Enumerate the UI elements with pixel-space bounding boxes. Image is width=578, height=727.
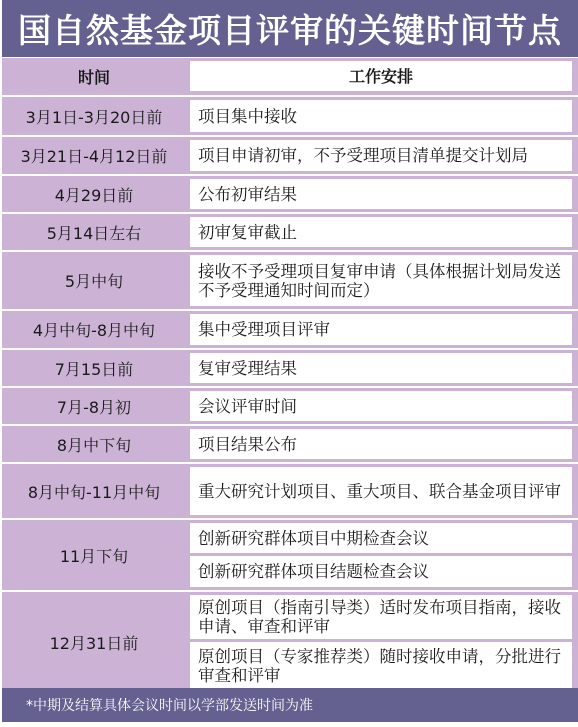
row-time: 8月中下旬 — [2, 426, 186, 462]
row-task: 项目结果公布 — [190, 429, 572, 459]
table-row: 5月中旬 接收不予受理项目复审申请（具体根据计划局发送不予受理通知时间而定） — [2, 250, 578, 309]
row-task: 会议评审时间 — [190, 391, 572, 421]
table-row: 8月中下旬 项目结果公布 — [2, 424, 578, 462]
row-task: 初审复审截止 — [190, 217, 572, 247]
table-row: 3月1日-3月20日前 项目集中接收 — [2, 95, 578, 135]
row-task: 原创项目（指南引导类）适时发布项目指南，接收申请、审查和评审 — [190, 595, 572, 639]
row-time: 12月31日前 — [2, 592, 186, 692]
row-task: 项目申请初审，不予受理项目清单提交计划局 — [190, 140, 572, 171]
row-task: 公布初审结果 — [190, 179, 572, 209]
table-row: 11月下旬 创新研究群体项目中期检查会议 创新研究群体项目结题检查会议 — [2, 518, 578, 590]
table-row: 8月中旬-11月中旬 重大研究计划项目、重大项目、联合基金项目评审 — [2, 462, 578, 518]
row-task: 项目集中接收 — [190, 100, 572, 132]
row-task: 接收不予受理项目复审申请（具体根据计划局发送不予受理通知时间而定） — [190, 255, 572, 306]
page-title: 国自然基金项目评审的关键时间节点 — [2, 0, 578, 57]
table-row: 3月21日-4月12日前 项目申请初审，不予受理项目清单提交计划局 — [2, 135, 578, 174]
row-task: 集中受理项目评审 — [190, 314, 572, 345]
row-time: 8月中旬-11月中旬 — [2, 464, 186, 518]
table-row: 7月-8月初 会议评审时间 — [2, 386, 578, 424]
row-task: 重大研究计划项目、重大项目、联合基金项目评审 — [190, 467, 572, 515]
row-time: 4月29日前 — [2, 176, 186, 212]
table-row: 12月31日前 原创项目（指南引导类）适时发布项目指南，接收申请、审查和评审 原… — [2, 590, 578, 692]
row-task: 创新研究群体项目结题检查会议 — [190, 556, 572, 587]
row-time: 7月-8月初 — [2, 388, 186, 424]
table-row: 7月15日前 复审受理结果 — [2, 348, 578, 386]
row-time: 7月15日前 — [2, 350, 186, 386]
header-task: 工作安排 — [190, 61, 572, 91]
row-time: 5月中旬 — [2, 252, 186, 309]
row-task: 复审受理结果 — [190, 353, 572, 383]
row-time: 5月14日左右 — [2, 214, 186, 250]
row-time: 4月中旬-8月中旬 — [2, 311, 186, 348]
table-header: 时间 工作安排 — [2, 58, 578, 95]
table-row: 4月29日前 公布初审结果 — [2, 174, 578, 212]
row-time: 3月1日-3月20日前 — [2, 97, 186, 135]
table-row: 4月中旬-8月中旬 集中受理项目评审 — [2, 309, 578, 348]
row-time: 3月21日-4月12日前 — [2, 137, 186, 174]
schedule-table: 时间 工作安排 3月1日-3月20日前 项目集中接收 3月21日-4月12日前 … — [2, 58, 578, 692]
header-time: 时间 — [2, 58, 186, 95]
table-row: 5月14日左右 初审复审截止 — [2, 212, 578, 250]
row-task: 原创项目（专家推荐类）随时接收申请，分批进行审查和评审 — [190, 642, 572, 689]
footnote: *中期及结算具体会议时间以学部发送时间为准 — [2, 688, 578, 722]
row-time: 11月下旬 — [2, 520, 186, 590]
row-task: 创新研究群体项目中期检查会议 — [190, 523, 572, 553]
